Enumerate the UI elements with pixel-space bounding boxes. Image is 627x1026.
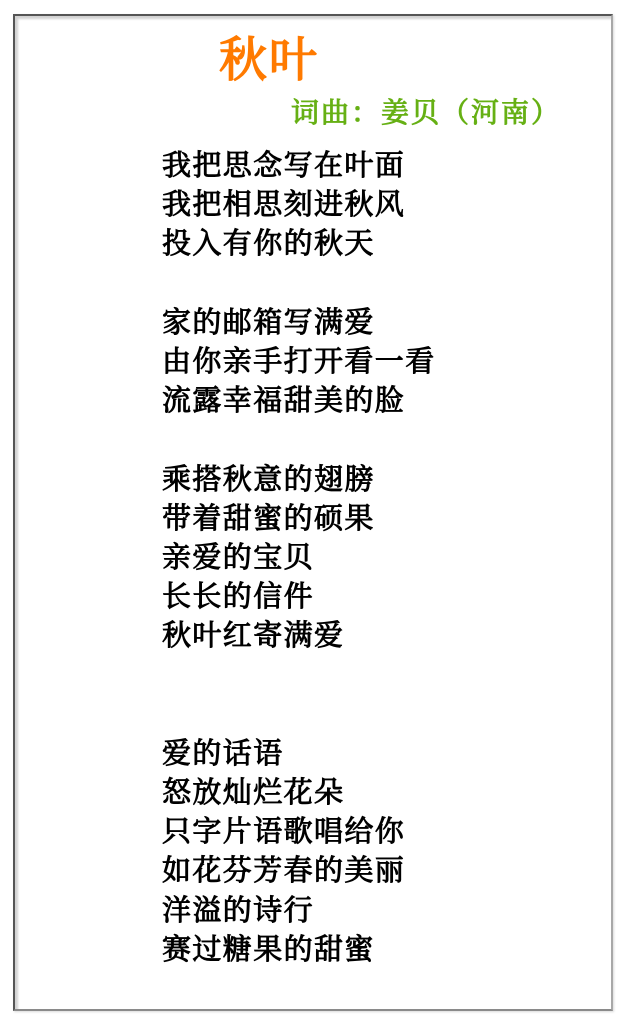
lyric-line: 洋溢的诗行: [162, 891, 436, 930]
lyric-line: 乘搭秋意的翅膀: [162, 460, 436, 499]
lyrics-body: 我把思念写在叶面 我把相思刻进秋风 投入有你的秋天 家的邮箱写满爱 由你亲手打开…: [162, 146, 436, 969]
lyric-line: 秋叶红寄满爱: [162, 616, 436, 655]
lyric-line: 怒放灿烂花朵: [162, 773, 436, 812]
lyric-line: 我把思念写在叶面: [162, 146, 436, 185]
lyric-line: 我把相思刻进秋风: [162, 185, 436, 224]
stanza-3: 乘搭秋意的翅膀 带着甜蜜的硕果 亲爱的宝贝 长长的信件 秋叶红寄满爱: [162, 460, 436, 656]
song-credits: 词曲：姜贝（河南）: [291, 95, 561, 131]
lyric-line: 投入有你的秋天: [162, 224, 436, 263]
lyric-line: 如花芬芳春的美丽: [162, 851, 436, 890]
lyric-line: 流露幸福甜美的脸: [162, 381, 436, 420]
stanza-spacer: [162, 420, 436, 459]
song-title: 秋叶: [219, 32, 319, 88]
lyric-line: 由你亲手打开看一看: [162, 342, 436, 381]
lyric-line: 长长的信件: [162, 577, 436, 616]
stanza-4: 爱的话语 怒放灿烂花朵 只字片语歌唱给你 如花芬芳春的美丽 洋溢的诗行 赛过糖果…: [162, 734, 436, 969]
lyric-line: 带着甜蜜的硕果: [162, 499, 436, 538]
stanza-1: 我把思念写在叶面 我把相思刻进秋风 投入有你的秋天: [162, 146, 436, 264]
lyric-line: 爱的话语: [162, 734, 436, 773]
stanza-2: 家的邮箱写满爱 由你亲手打开看一看 流露幸福甜美的脸: [162, 303, 436, 421]
stanza-spacer: [162, 655, 436, 733]
lyric-line: 亲爱的宝贝: [162, 538, 436, 577]
stanza-spacer: [162, 264, 436, 303]
lyric-line: 家的邮箱写满爱: [162, 303, 436, 342]
lyric-line: 赛过糖果的甜蜜: [162, 930, 436, 969]
lyric-line: 只字片语歌唱给你: [162, 812, 436, 851]
